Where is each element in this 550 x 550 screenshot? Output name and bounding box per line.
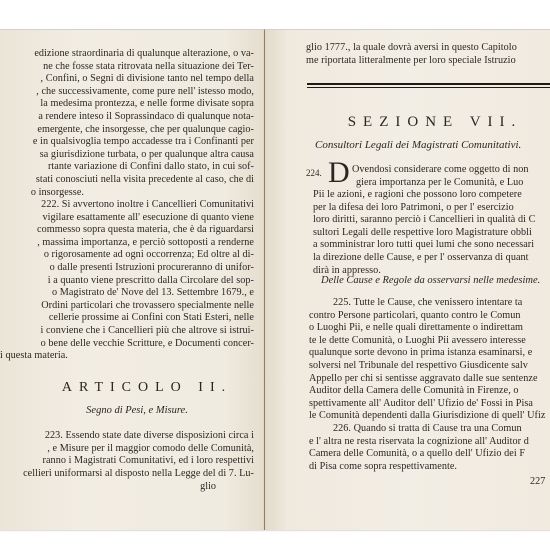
text-line: qualunque sorte devono in prima istanza …: [309, 347, 545, 360]
text-line: giera importanza per le Comunità, e Luo: [352, 177, 529, 190]
text-line: per la difesa dei loro Patrimoni, o per …: [313, 202, 535, 215]
text-line: i questa materia.: [0, 350, 68, 363]
text-line: i conviene che i Cancellieri più che alt…: [37, 325, 254, 338]
paragraph-number-224: 224.: [306, 168, 322, 178]
book-spread: edizione straordinaria di qualunque alte…: [0, 29, 550, 529]
text-line: i a quanto viene prescritto dalla Circol…: [37, 275, 254, 288]
text-line: 223. Essendo state date diverse disposiz…: [23, 430, 254, 443]
text-line: , Confini, o Segni di divisione tanto ne…: [33, 73, 254, 86]
right-paragraph-continuation: glio 1777., la quale dovrà aversi in que…: [306, 42, 517, 67]
left-paragraph-continuation: edizione straordinaria di qualunque alte…: [33, 48, 254, 199]
text-line: cellerie prossime ai Confini con Stati E…: [37, 312, 254, 325]
text-line: a rendere inteso il Soprassindaco di qua…: [33, 111, 254, 124]
text-line: e in qualsivoglia tempo accadesse tra i …: [33, 136, 254, 149]
paragraph-224-body: Pii le azioni, e ragioni che possono lor…: [313, 189, 535, 277]
text-line: e l' altra ne resta riservata la cognizi…: [309, 436, 529, 449]
catchword: 227: [530, 476, 545, 487]
text-line: o insorgesse.: [31, 187, 254, 200]
text-line: loro diritti, saranno perciò i Cancellie…: [313, 214, 535, 227]
subsection-heading: Delle Cause e Regole da osservarsi nelle…: [321, 275, 540, 286]
text-line: solversi nel Tribunale del respettivo Gi…: [309, 360, 545, 373]
text-line: o dalle presenti Istruzioni procureranno…: [37, 262, 254, 275]
text-line: cellieri uniformarsi al disposto nella L…: [23, 468, 254, 481]
text-line: la medesima prontezza, e nelle forme div…: [33, 98, 254, 111]
section-rule-thick: [307, 83, 550, 85]
text-line: , e Misure per il maggior comodo delle C…: [23, 443, 254, 456]
text-line: contro Persone particolari, quanto contr…: [309, 310, 545, 323]
text-line: la direzione delle Cause, e per l' osser…: [313, 252, 535, 265]
text-line: glio 1777., la quale dovrà aversi in que…: [306, 42, 517, 55]
text-line: rtante variazione di Confini dallo stato…: [33, 161, 254, 174]
text-line: ranno i Magistrati Comunitativi, ed i lo…: [23, 455, 254, 468]
text-line: commesso sopra questa materia, che è da …: [37, 224, 254, 237]
text-line: Auditor della Camera delle Comunità in F…: [309, 385, 545, 398]
text-line: o Luoghi Pii, e nelle quali direttamente…: [309, 322, 545, 335]
text-line: a somministrar loro tutti quei lumi che …: [313, 239, 535, 252]
text-line: o rigorosamente ad ogni occorrenza; Ed o…: [37, 249, 254, 262]
left-page: edizione straordinaria di qualunque alte…: [0, 29, 264, 530]
text-line: Ordini particolari che trovassero specia…: [37, 300, 254, 313]
paragraph-222: 222. Si avvertono inoltre i Cancellieri …: [37, 199, 254, 350]
paragraph-224-head: Ovendosi considerare come oggetto di non…: [352, 164, 529, 189]
text-line: , che successivamente, come pure nell' i…: [33, 86, 254, 99]
text-line: di Pisa come sopra respettivamente.: [309, 461, 529, 474]
text-line: me riportata litteralmente per loro spec…: [306, 55, 517, 68]
text-line: o Magistrato de' Nove del 13. Settembre …: [37, 287, 254, 300]
text-line: Appello per chi si sentisse aggravato da…: [309, 373, 545, 386]
text-line: spettivamente all' Auditor dell' Ufizio …: [309, 398, 545, 411]
text-line: le Comunità dependenti dalla Giurisdizio…: [309, 410, 545, 423]
text-line: te le dette Comunità, o Luoghi Pii avess…: [309, 335, 545, 348]
text-line: o bene delle vecchie Scritture, e Docume…: [37, 338, 254, 351]
paragraph-222-end: i questa materia.: [0, 350, 68, 363]
text-line: emergente, che insorgesse, che per qualu…: [33, 124, 254, 137]
article-heading: ARTICOLO II.: [30, 380, 264, 396]
right-page: glio 1777., la quale dovrà aversi in que…: [264, 29, 550, 530]
text-line: sultori Legali delle respettive loro Mag…: [313, 227, 535, 240]
text-line: stati conosciuti nella visita precedente…: [33, 174, 254, 187]
catchword: glio: [200, 481, 216, 492]
text-line: Ovendosi considerare come oggetto di non: [352, 164, 529, 177]
text-line: vigilare esattamente all' esecuzione di …: [37, 212, 254, 225]
section-heading: SEZIONE VII.: [325, 114, 545, 131]
article-subheading: Segno di Pesi, e Misure.: [20, 405, 254, 416]
text-line: 222. Si avvertono inoltre i Cancellieri …: [37, 199, 254, 212]
text-line: sa giurisdizione turbata, o per qualunqu…: [33, 149, 254, 162]
paragraph-223: 223. Essendo state date diverse disposiz…: [23, 430, 254, 480]
text-line: 225. Tutte le Cause, che venissero inten…: [309, 297, 545, 310]
text-line: edizione straordinaria di qualunque alte…: [33, 48, 254, 61]
text-line: Pii le azioni, e ragioni che possono lor…: [313, 189, 535, 202]
paragraph-225: 225. Tutte le Cause, che venissero inten…: [309, 297, 545, 423]
text-line: ne che fosse stata ritrovata nella situa…: [33, 61, 254, 74]
text-line: 226. Quando si tratta di Cause tra una C…: [309, 423, 529, 436]
section-subheading: Consultori Legali dei Magistrati Comunit…: [315, 139, 550, 151]
drop-cap: D: [328, 159, 350, 187]
text-line: Camera delle Comunità, o a quello dell' …: [309, 448, 529, 461]
paragraph-226: 226. Quando si tratta di Cause tra una C…: [309, 423, 529, 473]
section-rule-thin: [307, 87, 550, 88]
text-line: , massima importanza, e perciò sottopost…: [37, 237, 254, 250]
